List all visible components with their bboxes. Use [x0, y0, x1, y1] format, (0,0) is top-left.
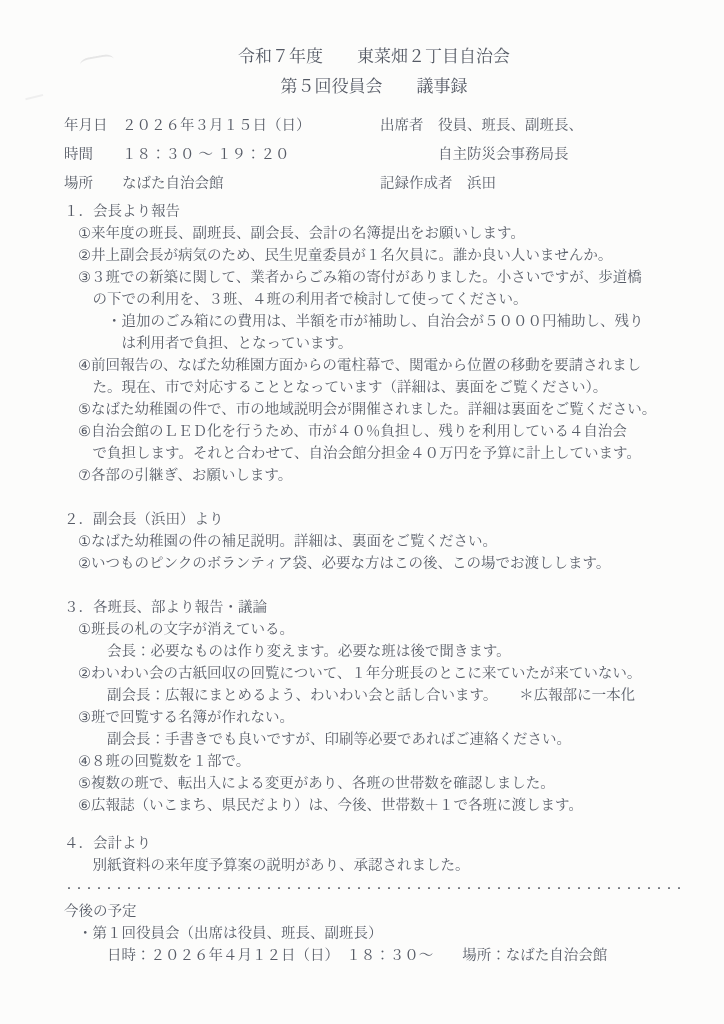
- meta-left-column: 年月日 ２０２６年３月１５日（日）時間 １８：３０ ～ １９：２０場所 なばた自…: [64, 112, 380, 199]
- section-item: 副会長：手書きでも良いですが、印刷等必要であればご連絡ください。: [64, 729, 684, 751]
- section-item: ⑥広報誌（いこまち、県民だより）は、今後、世帯数＋１で各班に渡します。: [64, 795, 684, 817]
- meta-row: 年月日 ２０２６年３月１５日（日）: [64, 112, 380, 141]
- section-item: ②わいわい会の古紙回収の回覧について、１年分班長のとこに来ていたが来ていない。: [64, 663, 684, 685]
- section-item: ①なばた幼稚園の件の補足説明。詳細は、裏面をご覧ください。: [64, 531, 684, 553]
- section-heading: ３．各班長、部より報告・議論: [64, 597, 684, 619]
- section-item: ③班で回覧する名簿が作れない。: [64, 707, 684, 729]
- document-title-line1: 令和７年度 東菜畑２丁目自治会: [64, 42, 684, 72]
- meta-row: 自主防災会事務局長: [380, 141, 583, 170]
- meta-block: 年月日 ２０２６年３月１５日（日）時間 １８：３０ ～ １９：２０場所 なばた自…: [64, 112, 684, 199]
- meta-row: 記録作成者 浜田: [380, 170, 583, 199]
- section-item: ⑤なばた幼稚園の件で、市の地域説明会が開催されました。詳細は裏面をご覧ください。: [64, 399, 684, 421]
- section-item: 副会長：広報にまとめるよう、わいわい会と話し合います。 ＊広報部に一本化: [64, 685, 684, 707]
- section-item: ②いつものピンクのボランティア袋、必要な方はこの後、この場でお渡しします。: [64, 553, 684, 575]
- section: ２．副会長（浜田）より①なばた幼稚園の件の補足説明。詳細は、裏面をご覧ください。…: [64, 509, 684, 575]
- scan-artifact: [25, 94, 44, 106]
- section-item: ⑤複数の班で、転出入による変更があり、各班の世帯数を確認しました。: [64, 773, 684, 795]
- section-heading: １．会長より報告: [64, 201, 684, 223]
- document-title-line2: 第５回役員会 議事録: [64, 72, 684, 102]
- meta-right-column: 出席者 役員、班長、副班長、 自主防災会事務局長記録作成者 浜田: [380, 112, 583, 199]
- upcoming-block: 今後の予定 ・第１回役員会（出席は役員、班長、副班長） 日時：２０２６年４月１２…: [64, 901, 684, 967]
- section-item: ①来年度の班長、副班長、副会長、会計の名簿提出をお願いします。: [64, 223, 684, 245]
- dotted-separator: ・・・・・・・・・・・・・・・・・・・・・・・・・・・・・・・・・・・・・・・・…: [64, 883, 684, 897]
- upcoming-item: ・第１回役員会（出席は役員、班長、副班長）: [64, 923, 684, 945]
- section-heading: ２．副会長（浜田）より: [64, 509, 684, 531]
- section-item: 会長：必要なものは作り変えます。必要な班は後で聞きます。: [64, 641, 684, 663]
- section-item: ②井上副会長が病気のため、民生児童委員が１名欠員に。誰か良い人いませんか。: [64, 245, 684, 267]
- section-item: ③３班での新築に関して、業者からごみ箱の寄付がありました。小さいですが、歩道橋 …: [64, 267, 684, 311]
- upcoming-item: 日時：２０２６年４月１２日（日） １８：３０～ 場所：なばた自治会館: [64, 945, 684, 967]
- section-item: ④前回報告の、なばた幼稚園方面からの電柱幕で、関電から位置の移動を要請されまし …: [64, 355, 684, 399]
- section-item: ⑦各部の引継ぎ、お願いします。: [64, 465, 684, 487]
- section-item: ④８班の回覧数を１部で。: [64, 751, 684, 773]
- section-heading: ４．会計より: [64, 833, 684, 855]
- meta-row: 時間 １８：３０ ～ １９：２０: [64, 141, 380, 170]
- section-item: 別紙資料の来年度予算案の説明があり、承認されました。: [64, 855, 684, 877]
- sections-container: １．会長より報告①来年度の班長、副班長、副会長、会計の名簿提出をお願いします。②…: [64, 201, 684, 877]
- section-item: ①班長の札の文字が消えている。: [64, 619, 684, 641]
- section: ３．各班長、部より報告・議論①班長の札の文字が消えている。 会長：必要なものは作…: [64, 597, 684, 817]
- meta-row: 出席者 役員、班長、副班長、: [380, 112, 583, 141]
- scanned-meeting-minutes-page: 令和７年度 東菜畑２丁目自治会 第５回役員会 議事録 年月日 ２０２６年３月１５…: [0, 0, 724, 967]
- upcoming-items: ・第１回役員会（出席は役員、班長、副班長） 日時：２０２６年４月１２日（日） １…: [64, 923, 684, 967]
- document-header: 令和７年度 東菜畑２丁目自治会 第５回役員会 議事録: [64, 42, 684, 102]
- section: １．会長より報告①来年度の班長、副班長、副会長、会計の名簿提出をお願いします。②…: [64, 201, 684, 487]
- section-item: ・追加のごみ箱にの費用は、半額を市が補助し、自治会が５０００円補助し、残り は利…: [64, 311, 684, 355]
- meta-row: 場所 なばた自治会館: [64, 170, 380, 199]
- section: ４．会計より 別紙資料の来年度予算案の説明があり、承認されました。: [64, 833, 684, 877]
- upcoming-heading: 今後の予定: [64, 901, 684, 923]
- section-item: ⑥自治会館のＬＥＤ化を行うため、市が４０％負担し、残りを利用している４自治会 で…: [64, 421, 684, 465]
